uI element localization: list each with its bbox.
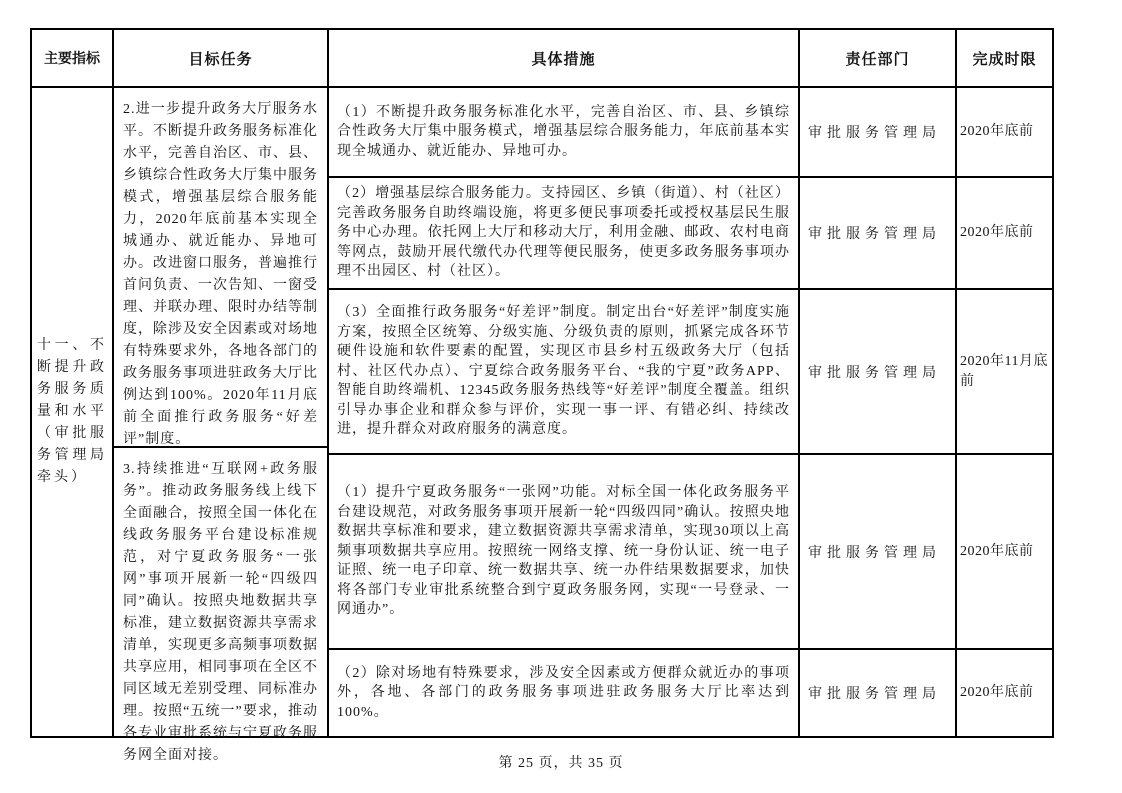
measure-cell: （1）提升宁夏政务服务“一张网”功能。对标全国一体化政务服务平台建设规范，对政务… [329,455,800,648]
deadline-cell: 2020年底前 [957,455,1052,648]
deadline-cell: 2020年底前 [957,650,1052,736]
measure-cell: （2）除对场地有特殊要求，涉及安全因素或方便群众就近办的事项外，各地、各部门的政… [329,650,800,736]
deadline-cell: 2020年11月底前 [957,290,1052,453]
department-cell: 审批服务管理局 [800,455,957,648]
deadline-cell: 2020年底前 [957,88,1052,176]
measure-cell: （1）不断提升政务服务标准化水平，完善自治区、市、县、乡镇综合性政务大厅集中服务… [329,88,800,176]
measure-text: （2）除对场地有特殊要求，涉及安全因素或方便群众就近办的事项外，各地、各部门的政… [329,662,798,725]
measure-text: （2）增强基层综合服务能力。支持园区、乡镇（街道）、村（社区）完善政务服务自助终… [329,182,798,284]
indicator-text: 十一、不断提升政务服务质量和水平（审批服务管理局牵头） [32,335,112,489]
department-cell: 审批服务管理局 [800,178,957,288]
header-specific-measures: 具体措施 [329,30,800,86]
measure-rows: （1）不断提升政务服务标准化水平，完善自治区、市、县、乡镇综合性政务大厅集中服务… [329,88,1052,736]
measure-cell: （3）全面推行政务服务“好差评”制度。制定出台“好差评”制度实施方案，按照全区统… [329,290,800,453]
indicator-cell: 十一、不断提升政务服务质量和水平（审批服务管理局牵头） [32,88,114,736]
table-row: （1）不断提升政务服务标准化水平，完善自治区、市、县、乡镇综合性政务大厅集中服务… [329,88,1052,178]
table-body: 十一、不断提升政务服务质量和水平（审批服务管理局牵头） 2.进一步提升政务大厅服… [32,88,1052,736]
task-cell-2: 2.进一步提升政务大厅服务水平。不断提升政务服务标准化水平，完善自治区、市、县、… [114,88,327,448]
header-responsible-department: 责任部门 [800,30,957,86]
table-row: （2）增强基层综合服务能力。支持园区、乡镇（街道）、村（社区）完善政务服务自助终… [329,178,1052,290]
department-cell: 审批服务管理局 [800,290,957,453]
measure-text: （1）不断提升政务服务标准化水平，完善自治区、市、县、乡镇综合性政务大厅集中服务… [329,101,798,164]
table-row: （1）提升宁夏政务服务“一张网”功能。对标全国一体化政务服务平台建设规范，对政务… [329,455,1052,650]
task-cell-3: 3.持续推进“互联网+政务服务”。推动政务服务线上线下全面融合，按照全国一体化在… [114,448,327,736]
tasks-column: 2.进一步提升政务大厅服务水平。不断提升政务服务标准化水平，完善自治区、市、县、… [114,88,329,736]
header-main-indicator: 主要指标 [32,30,114,86]
header-deadline: 完成时限 [957,30,1052,86]
page-number-indicator: 第 25 页，共 35 页 [0,752,1122,772]
table-row: （2）除对场地有特殊要求，涉及安全因素或方便群众就近办的事项外，各地、各部门的政… [329,650,1052,736]
header-target-task: 目标任务 [114,30,329,86]
table-row: （3）全面推行政务服务“好差评”制度。制定出台“好差评”制度实施方案，按照全区统… [329,290,1052,455]
department-cell: 审批服务管理局 [800,650,957,736]
action-plan-table: 主要指标 目标任务 具体措施 责任部门 完成时限 十一、不断提升政务服务质量和水… [30,28,1054,738]
measure-text: （3）全面推行政务服务“好差评”制度。制定出台“好差评”制度实施方案，按照全区统… [329,301,798,442]
measure-cell: （2）增强基层综合服务能力。支持园区、乡镇（街道）、村（社区）完善政务服务自助终… [329,178,800,288]
department-cell: 审批服务管理局 [800,88,957,176]
deadline-cell: 2020年底前 [957,178,1052,288]
document-page: 主要指标 目标任务 具体措施 责任部门 完成时限 十一、不断提升政务服务质量和水… [0,0,1122,793]
measure-text: （1）提升宁夏政务服务“一张网”功能。对标全国一体化政务服务平台建设规范，对政务… [329,481,798,622]
table-header-row: 主要指标 目标任务 具体措施 责任部门 完成时限 [32,30,1052,88]
